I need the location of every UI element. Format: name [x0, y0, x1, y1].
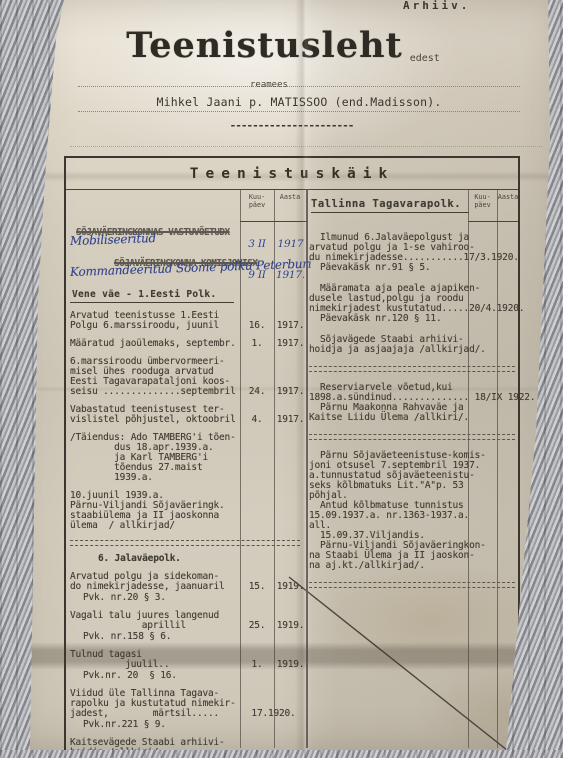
entry-body: Ilmunud 6.Jalaväepolgust jaarvatud polgu…	[309, 233, 521, 273]
date-year: 1919.	[274, 581, 307, 592]
section-header: 6. Jalaväepolk.	[70, 554, 307, 564]
struck-entry: SÕJAVÄERINGKONNA KOMISJONISXKommandeerit…	[70, 258, 307, 281]
section-separator	[70, 540, 300, 546]
date-year: 1917.	[274, 338, 307, 349]
left-service-column: SÕJAVÄERINGKONNAS VASTUVÕETUDXMobiliseer…	[70, 227, 307, 750]
text-line: ülema / allkirjad/	[70, 521, 307, 531]
date-day: 4.	[240, 414, 274, 425]
service-entry: Vabastatud teenistusest ter-vislistel põ…	[70, 405, 307, 425]
service-record-document: Arhiiv. Teenistuslehtedest reamees Mihke…	[0, 0, 563, 750]
text-line: Päevakäsk nr.91 § 5.	[309, 263, 521, 273]
service-entry: Pärnu Sõjaväeteenistuse-komis-joni otsus…	[309, 451, 521, 571]
entry-body: 6.marssiroodu ümbervormeeri-misel ühes r…	[70, 357, 307, 397]
entry-body: /Täiendus: Ado TAMBERG'i tõen- dus 18.ap…	[70, 433, 307, 483]
entry-body: Viidud üle Tallinna Tagava-rapolku ja ku…	[70, 689, 307, 719]
service-entry: Määratud jaoülemaks, septembr.1.1917.	[70, 339, 307, 349]
entry-body: Arvatud polgu ja sidekoman-do nimekirjad…	[70, 572, 307, 592]
order-reference: Pvk. nr.158 § 6.	[70, 632, 307, 642]
order-reference: Pvk.nr. 20 § 16.	[70, 671, 307, 681]
service-entry: Ilmunud 6.Jalaväepolgust jaarvatud polgu…	[309, 233, 521, 273]
entry-body: 6. Jalaväepolk.	[98, 554, 307, 564]
archive-stamp: Arhiiv.	[403, 0, 503, 9]
service-entry: Sõjavägede Staabi arhiivi-hoidja ja asja…	[309, 335, 521, 355]
date-day: 16.	[240, 320, 274, 331]
text-line: 15.09.1937.a. nr.1363-1937.a.	[309, 511, 521, 521]
date-full: 17.1920.	[240, 708, 307, 719]
service-entry: 6.marssiroodu ümbervormeeri-misel ühes r…	[70, 357, 307, 397]
rank-text: reamees	[250, 80, 288, 90]
text-line: 1939.a.	[70, 473, 307, 483]
text-line: Kaitse Liidu Ülema /allkiri/.	[309, 413, 521, 423]
date-year: 1917	[274, 238, 307, 250]
struck-entry: SÕJAVÄERINGKONNAS VASTUVÕETUDXMobiliseer…	[70, 227, 307, 250]
date-year: 1919.	[274, 620, 307, 631]
entry-body: Vene väe - 1.Eesti Polk.	[70, 289, 307, 303]
caption-rule	[66, 189, 518, 190]
date-year: 1917.	[274, 269, 307, 281]
order-reference: Pvk.nr.221 § 9.	[70, 720, 307, 730]
date-day: 9 II	[240, 269, 274, 281]
date-day: 15.	[240, 581, 274, 592]
date-day: 25.	[240, 620, 274, 631]
service-entry: Määramata aja peale ajapiken-dusele last…	[309, 284, 521, 324]
table-caption: Teenistuskäik	[64, 166, 520, 182]
entry-body: Sõjavägede Staabi arhiivi-hoidja ja asja…	[309, 335, 521, 355]
service-entry: 10.juunil 1939.a.Pärnu-Viljandi Sõjaväer…	[70, 491, 307, 531]
entry-body: SÕJAVÄERINGKONNAS VASTUVÕETUDXMobiliseer…	[70, 227, 307, 250]
section-separator	[309, 366, 515, 372]
entry-body: Vagali talu juures langenud aprillil25.1…	[70, 611, 307, 631]
service-entry: Arvatud polgu ja sidekoman-do nimekirjad…	[70, 572, 307, 603]
entry-body: Määramata aja peale ajapiken-dusele last…	[309, 284, 521, 324]
col-header-aasta-left: Aasta	[275, 194, 305, 202]
entry-body: 10.juunil 1939.a.Pärnu-Viljandi Sõjaväer…	[70, 491, 307, 531]
rank-line: reamees	[78, 72, 520, 87]
date-day: 1.	[240, 338, 274, 349]
service-entry: Kaitsevägede Staabi arhiivi-hoidja /allk…	[70, 738, 307, 750]
person-name: Mihkel Jaani p. MATISSOO (end.Madisson).	[157, 95, 442, 109]
text-line: na aj.kt./allkirjad/.	[309, 561, 521, 571]
entry-body: SÕJAVÄERINGKONNA KOMISJONISXKommandeerit…	[70, 258, 307, 281]
entry-body: Kaitsevägede Staabi arhiivi-hoidja /allk…	[70, 738, 307, 750]
service-entry: Vagali talu juures langenud aprillil25.1…	[70, 611, 307, 642]
dash-rule: ----------------------	[10, 119, 563, 132]
order-reference: Pvk. nr.20 § 3.	[70, 593, 307, 603]
section-separator	[309, 582, 515, 588]
entry-body: Arvatud teenistusse 1.EestiPolgu 6.marss…	[70, 311, 307, 331]
service-entry: Arvatud teenistusse 1.EestiPolgu 6.marss…	[70, 311, 307, 331]
entry-body: Pärnu Sõjaväeteenistuse-komis-joni otsus…	[309, 451, 521, 571]
text-line: Päevakäsk nr.120 § 11.	[309, 314, 521, 324]
date-year: 1917.	[274, 386, 307, 397]
date-day: 1.	[240, 659, 274, 670]
page-title: Teenistusleht	[126, 25, 403, 66]
ruled-line	[70, 146, 542, 147]
archive-stamp-text: Arhiiv.	[403, 0, 470, 9]
text-line: Vene väe - 1.Eesti Polk.	[70, 290, 234, 303]
date-day: 24.	[240, 386, 274, 397]
date-year: 1919.	[274, 659, 307, 670]
entry-body: Reserviarvele võetud,kui1898.a.sündinud.…	[309, 383, 521, 423]
service-entry: Viidud üle Tallinna Tagava-rapolku ja ku…	[70, 689, 307, 730]
name-line: Mihkel Jaani p. MATISSOO (end.Madisson).	[78, 91, 520, 112]
service-entry: Reserviarvele võetud,kui1898.a.sündinud.…	[309, 383, 521, 423]
entry-body: Määratud jaoülemaks, septembr.1.1917.	[70, 339, 307, 349]
document-header: Teenistuslehtedest	[0, 25, 563, 66]
service-entry: Tulnud tagasi juulil..1.1919.Pvk.nr. 20 …	[70, 650, 307, 681]
section-title-tagavarapolk: Tallinna Tagavarapolk.	[311, 198, 469, 213]
date-year: 1917.	[274, 414, 307, 425]
text-line: hoidja ja asjaajaja /allkirjad/.	[309, 345, 521, 355]
section-separator	[309, 434, 515, 440]
title-suffix: edest	[410, 53, 440, 64]
service-entry: /Täiendus: Ado TAMBERG'i tõen- dus 18.ap…	[70, 433, 307, 483]
right-service-column: Tallinna Tagavarapolk. Ilmunud 6.Jalaväe…	[309, 198, 521, 588]
section-header: Vene väe - 1.Eesti Polk.	[70, 289, 307, 303]
entry-body: Tulnud tagasi juulil..1.1919.	[70, 650, 307, 670]
text-line: 6. Jalaväepolk.	[98, 554, 307, 564]
col-header-kuupaev-left: Kuu-päev	[241, 194, 273, 209]
date-year: 1917.	[274, 320, 307, 331]
handwritten-note: Mobiliseeritud	[70, 231, 157, 248]
date-day: 3 II	[240, 238, 274, 250]
entry-body: Vabastatud teenistusest ter-vislistel põ…	[70, 405, 307, 425]
